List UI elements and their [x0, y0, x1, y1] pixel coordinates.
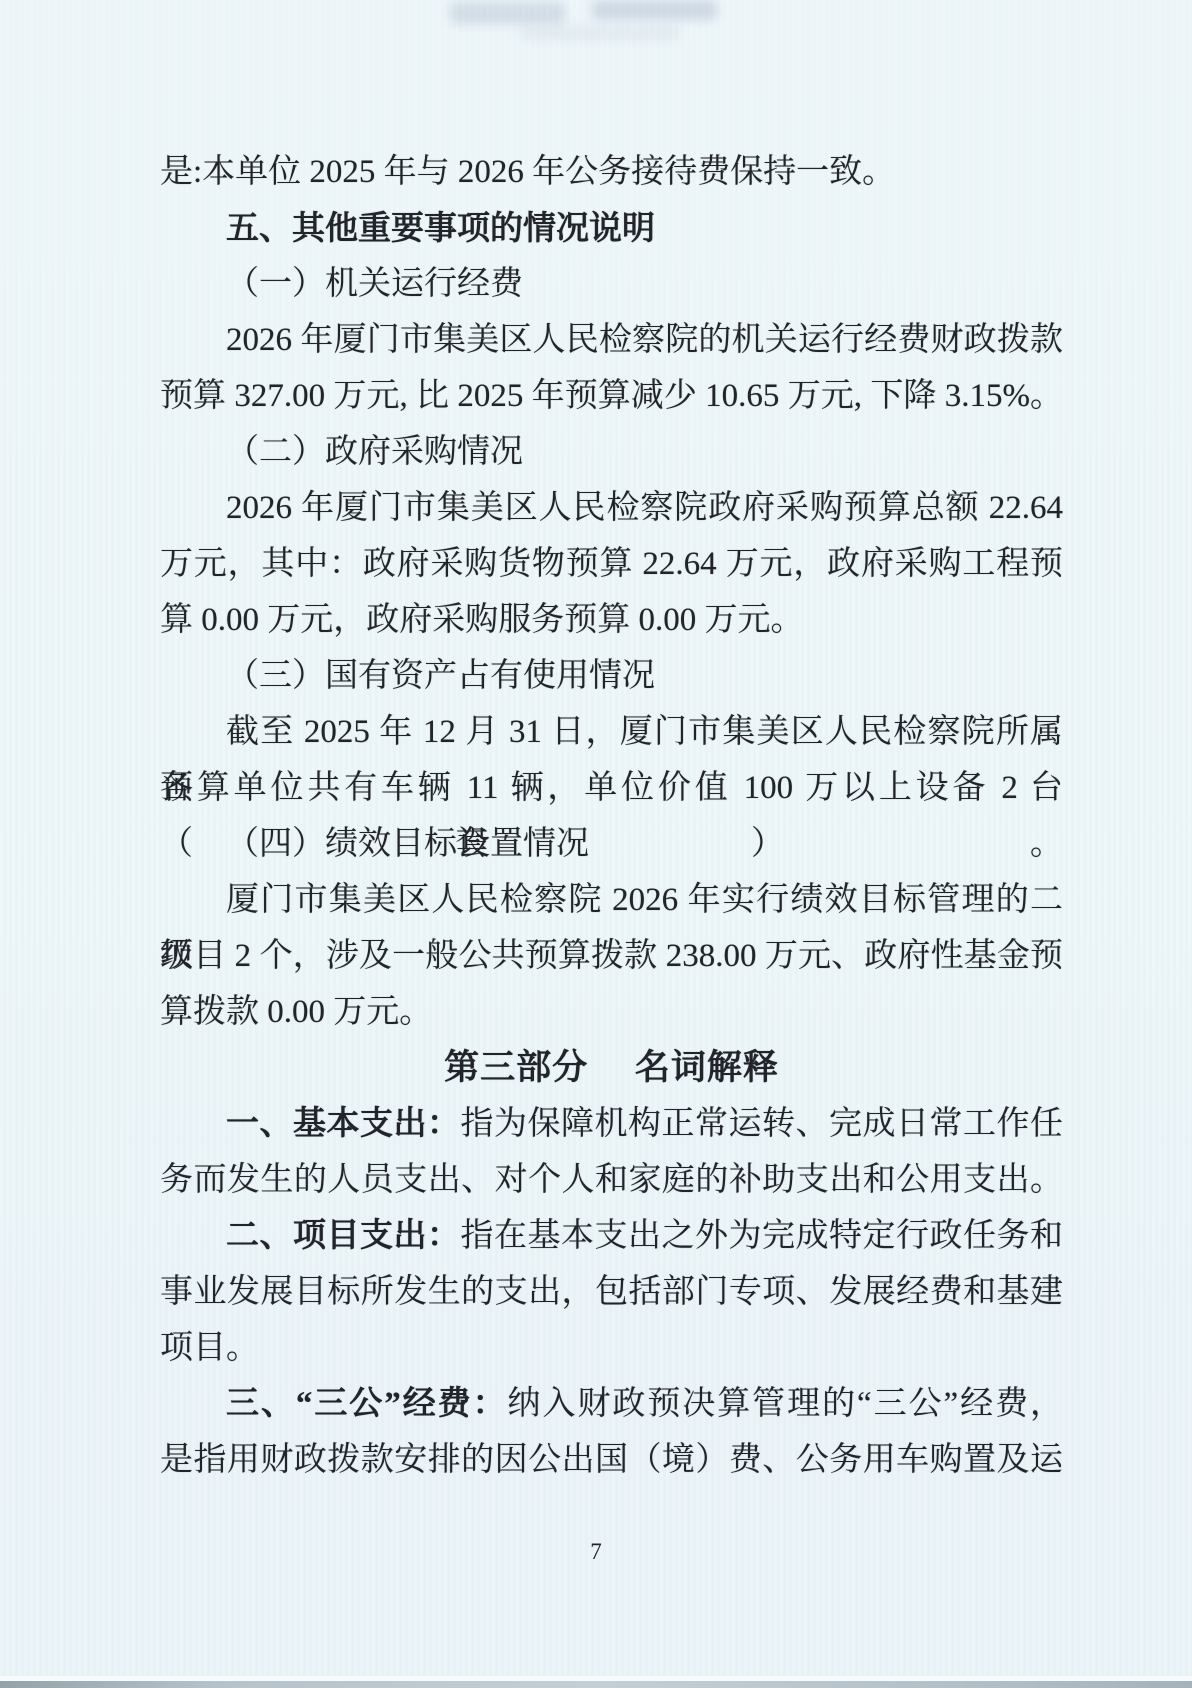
sub-heading: （一）机关运行经费	[160, 256, 1063, 312]
text-line: 项目 2 个，涉及一般公共预算拨款 238.00 万元、政府性基金预	[160, 928, 1063, 984]
text-segment: （二）政府采购情况	[226, 434, 523, 470]
text-line: 一、基本支出：指为保障机构正常运转、完成日常工作任	[160, 1096, 1063, 1152]
text-line: 厦门市集美区人民检察院 2026 年实行绩效目标管理的二级	[160, 872, 1063, 928]
sub-heading: （三）国有资产占有使用情况	[160, 648, 1063, 704]
text-segment: 指为保障机构正常运转、完成日常工作任	[461, 1106, 1064, 1142]
text-line: 万元，其中：政府采购货物预算 22.64 万元，政府采购工程预	[160, 536, 1063, 592]
text-segment: 2026 年厦门市集美区人民检察院的机关运行经费财政拨款	[226, 322, 1063, 358]
text-segment: 万元，其中：政府采购货物预算 22.64 万元，政府采购工程预	[160, 546, 1063, 582]
text-segment: 是指用财政拨款安排的因公出国（境）费、公务用车购置及运	[160, 1442, 1063, 1478]
text-line: 是指用财政拨款安排的因公出国（境）费、公务用车购置及运	[160, 1432, 1063, 1488]
text-line: 预算 327.00 万元, 比 2025 年预算减少 10.65 万元, 下降 …	[160, 368, 1063, 424]
scan-bleedthrough-smudge-right	[592, 0, 717, 20]
text-line: 2026 年厦门市集美区人民检察院的机关运行经费财政拨款	[160, 312, 1063, 368]
scan-bottom-edge-strip	[0, 1681, 1192, 1688]
text-line: 事业发展目标所发生的支出，包括部门专项、发展经费和基建	[160, 1264, 1063, 1320]
page-number: 7	[0, 1532, 1192, 1572]
text-line: 算拨款 0.00 万元。	[160, 984, 1063, 1040]
text-line: 是:本单位 2025 年与 2026 年公务接待费保持一致。	[160, 144, 1063, 200]
text-segment: 一、基本支出：	[226, 1106, 461, 1142]
text-segment: 五、其他重要事项的情况说明	[226, 209, 655, 246]
text-segment: 纳入财政预决算管理的“三公”经费，	[508, 1386, 1063, 1422]
text-segment: 二、项目支出：	[226, 1218, 461, 1254]
text-segment: 三、“三公”经费：	[226, 1386, 508, 1422]
text-segment: 务而发生的人员支出、对个人和家庭的补助支出和公用支出。	[160, 1162, 1063, 1198]
text-line: 项目。	[160, 1320, 1063, 1376]
text-segment: 第三部分 名词解释	[444, 1048, 779, 1087]
text-segment: 项目 2 个，涉及一般公共预算拨款 238.00 万元、政府性基金预	[160, 938, 1063, 974]
sub-heading: （二）政府采购情况	[160, 424, 1063, 480]
text-segment: 是:本单位 2025 年与 2026 年公务接待费保持一致。	[160, 154, 895, 190]
text-line: 三、“三公”经费：纳入财政预决算管理的“三公”经费，	[160, 1376, 1063, 1432]
text-segment: （一）机关运行经费	[226, 266, 523, 302]
text-segment: （四）绩效目标设置情况	[226, 826, 589, 862]
text-segment: 预算 327.00 万元, 比 2025 年预算减少 10.65 万元, 下降 …	[160, 378, 1063, 414]
scan-bleedthrough-smudge-lower	[520, 26, 680, 40]
text-segment: 算拨款 0.00 万元。	[160, 994, 432, 1030]
section-heading: 五、其他重要事项的情况说明	[160, 200, 1063, 256]
text-segment: 算 0.00 万元，政府采购服务预算 0.00 万元。	[160, 602, 804, 638]
text-line: 2026 年厦门市集美区人民检察院政府采购预算总额 22.64	[160, 480, 1063, 536]
text-segment: 2026 年厦门市集美区人民检察院政府采购预算总额 22.64	[226, 490, 1063, 526]
part-title: 第三部分 名词解释	[160, 1040, 1063, 1096]
text-segment: 事业发展目标所发生的支出，包括部门专项、发展经费和基建	[160, 1274, 1063, 1310]
text-line: 截至 2025 年 12 月 31 日，厦门市集美区人民检察院所属各	[160, 704, 1063, 760]
text-segment: 指在基本支出之外为完成特定行政任务和	[461, 1218, 1064, 1254]
document-content: 是:本单位 2025 年与 2026 年公务接待费保持一致。五、其他重要事项的情…	[160, 144, 1063, 1488]
text-line: 算 0.00 万元，政府采购服务预算 0.00 万元。	[160, 592, 1063, 648]
text-line: 预算单位共有车辆 11 辆，单位价值 100 万以上设备 2 台（套）。	[160, 760, 1063, 816]
text-line: 务而发生的人员支出、对个人和家庭的补助支出和公用支出。	[160, 1152, 1063, 1208]
scanned-document-page: 是:本单位 2025 年与 2026 年公务接待费保持一致。五、其他重要事项的情…	[0, 0, 1192, 1688]
text-line: 二、项目支出：指在基本支出之外为完成特定行政任务和	[160, 1208, 1063, 1264]
text-segment: （三）国有资产占有使用情况	[226, 658, 655, 694]
scan-bleedthrough-smudge-left	[450, 2, 565, 24]
text-segment: 项目。	[160, 1330, 259, 1366]
